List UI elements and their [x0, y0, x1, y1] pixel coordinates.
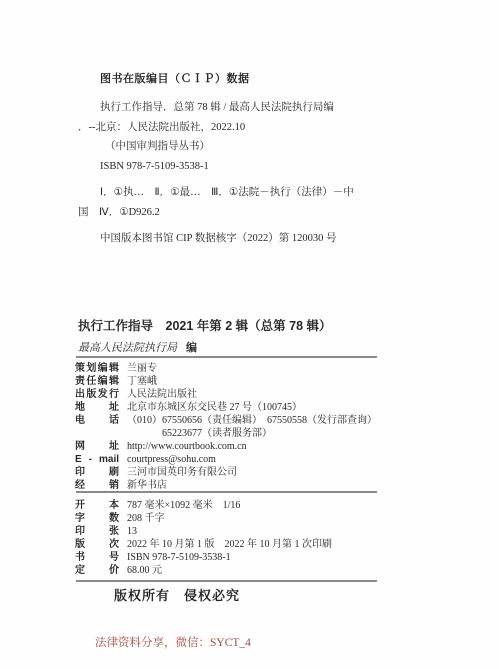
- row-value: 人民法院出版社: [127, 388, 197, 401]
- row-label: 定价: [75, 564, 119, 577]
- row-label: [75, 427, 119, 440]
- cip-lines: 执行工作指导．总第 78 辑 / 最高人民法院执行局编．--北京：人民法院出版社…: [78, 98, 398, 249]
- row-label: 开本: [75, 499, 119, 512]
- row-value: 2022 年 10 月第 1 版 2022 年 10 月第 1 次印刷: [127, 538, 332, 551]
- byline-author: 最高人民法院执行局: [78, 342, 177, 354]
- info-row: 印刷三河市国英印务有限公司: [75, 466, 377, 479]
- info-row: 地址北京市东城区东交民巷 27 号（100745）: [75, 401, 377, 414]
- row-label: 书号: [75, 551, 119, 564]
- divider-rule-bottom: [76, 580, 377, 582]
- row-value: http://www.courtbook.com.cn: [127, 440, 247, 453]
- divider-rule-top: [76, 356, 377, 358]
- row-value: ISBN 978-7-5109-3538-1: [127, 551, 231, 564]
- cip-line: Ⅰ．①执… Ⅱ．①最… Ⅲ．①法院－执行（法律）－中: [78, 183, 398, 203]
- publisher-info-rows: 策划编辑兰丽专责任编辑丁塞峨出版发行人民法院出版社地址北京市东城区东交民巷 27…: [75, 362, 377, 492]
- cip-block: 图书在版编目（ＣＩＰ）数据 执行工作指导．总第 78 辑 / 最高人民法院执行局…: [78, 70, 398, 249]
- cip-line: ISBN 978-7-5109-3538-1: [78, 157, 398, 177]
- row-label: 字数: [75, 512, 119, 525]
- info-row: 出版发行人民法院出版社: [75, 388, 377, 401]
- cip-line: 中国版本图书馆 CIP 数据核字（2022）第 120030 号: [78, 229, 398, 249]
- row-label: 责任编辑: [75, 375, 119, 388]
- cip-line: （中国审判指导丛书）: [78, 137, 398, 157]
- book-title: 执行工作指导 2021 年第 2 辑（总第 78 辑）: [78, 316, 438, 334]
- info-row: 责任编辑丁塞峨: [75, 375, 377, 388]
- info-row: 65223677（读者服务部）: [75, 427, 377, 440]
- cip-line: ．--北京：人民法院出版社，2022.10: [78, 118, 398, 138]
- row-value: 13: [127, 525, 137, 538]
- row-label: 网址: [75, 440, 119, 453]
- byline-role: 编: [186, 342, 197, 354]
- info-row: 网址http://www.courtbook.com.cn: [75, 440, 377, 453]
- row-label: E-mail: [75, 453, 119, 466]
- cip-header: 图书在版编目（ＣＩＰ）数据: [100, 70, 398, 86]
- row-value: 65223677（读者服务部）: [127, 427, 272, 440]
- row-label: 电话: [75, 414, 119, 427]
- row-label: 版次: [75, 538, 119, 551]
- info-row: E-mailcourtpress@sohu.com: [75, 453, 377, 466]
- row-value: 787 毫米×1092 毫米 1/16: [127, 499, 240, 512]
- row-label: 印刷: [75, 466, 119, 479]
- info-row: 开本787 毫米×1092 毫米 1/16: [75, 499, 332, 512]
- info-row: 书号ISBN 978-7-5109-3538-1: [75, 551, 332, 564]
- row-value: 兰丽专: [127, 362, 157, 375]
- info-row: 字数208 千字: [75, 512, 332, 525]
- row-value: 三河市国英印务有限公司: [127, 466, 237, 479]
- info-row: 电话（010）67550656（责任编辑） 67550558（发行部查询）: [75, 414, 377, 427]
- row-value: （010）67550656（责任编辑） 67550558（发行部查询）: [127, 414, 377, 427]
- row-label: 印张: [75, 525, 119, 538]
- row-value: 208 千字: [127, 512, 165, 525]
- footer-watermark-note: 法律资料分享，微信：SYCT_4: [95, 634, 251, 650]
- print-spec-rows: 开本787 毫米×1092 毫米 1/16字数208 千字印张13版次2022 …: [75, 499, 332, 577]
- byline: 最高人民法院执行局编: [78, 339, 438, 355]
- info-row: 版次2022 年 10 月第 1 版 2022 年 10 月第 1 次印刷: [75, 538, 332, 551]
- row-value: courtpress@sohu.com: [127, 453, 216, 466]
- row-value: 丁塞峨: [127, 375, 157, 388]
- row-label: 出版发行: [75, 388, 119, 401]
- copyright-notice: 版权所有 侵权必究: [114, 585, 240, 604]
- info-row: 定价68.00 元: [75, 564, 332, 577]
- row-value: 68.00 元: [127, 564, 162, 577]
- divider-rule-middle: [76, 491, 377, 493]
- row-value: 北京市东城区东交民巷 27 号（100745）: [127, 401, 302, 414]
- row-label: 地址: [75, 401, 119, 414]
- info-row: 策划编辑兰丽专: [75, 362, 377, 375]
- row-label: 策划编辑: [75, 362, 119, 375]
- cip-line: 国 Ⅳ．①D926.2: [78, 203, 398, 223]
- title-block: 执行工作指导 2021 年第 2 辑（总第 78 辑） 最高人民法院执行局编: [78, 316, 438, 355]
- cip-line: 执行工作指导．总第 78 辑 / 最高人民法院执行局编: [78, 98, 398, 118]
- copyright-page: 图书在版编目（ＣＩＰ）数据 执行工作指导．总第 78 辑 / 最高人民法院执行局…: [0, 0, 499, 669]
- info-row: 印张13: [75, 525, 332, 538]
